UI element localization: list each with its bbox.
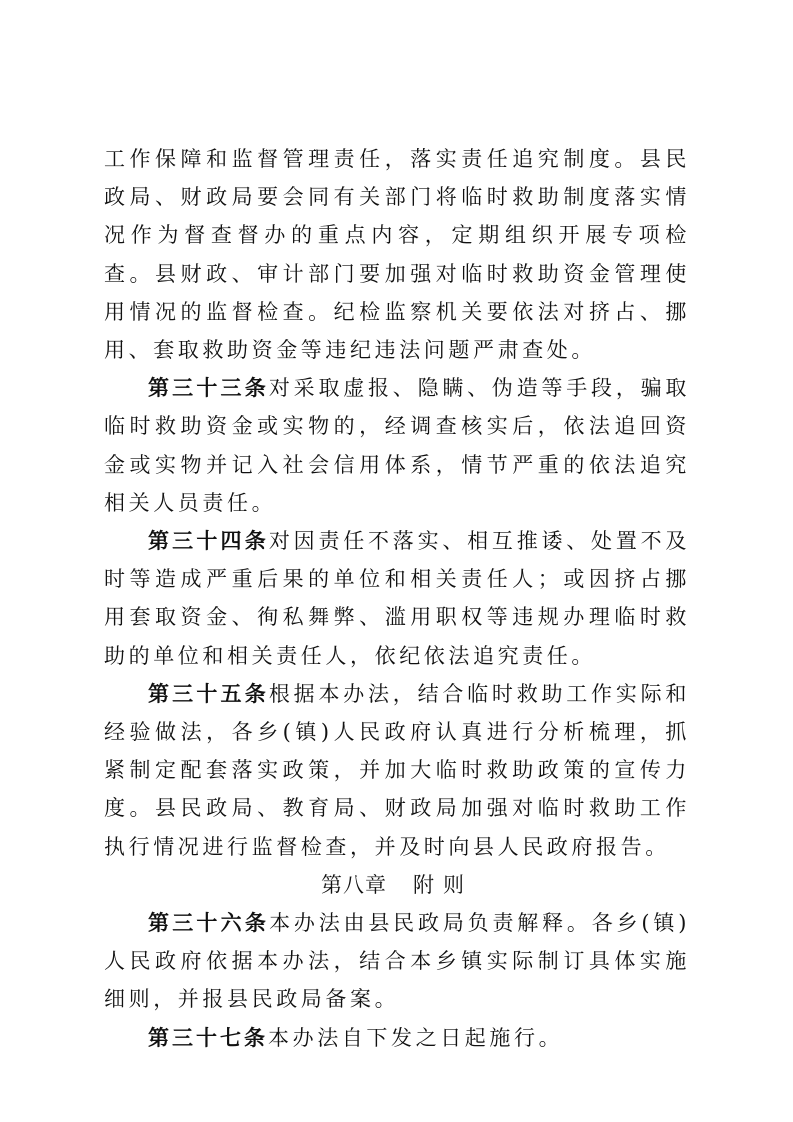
paragraph-article-37: 第三十七条本办法自下发之日起施行。: [104, 1019, 690, 1057]
paragraph-article-34: 第三十四条对因责任不落实、相互推诿、处置不及时等造成严重后果的单位和相关责任人；…: [104, 522, 690, 675]
article-number: 第三十五条: [148, 681, 269, 706]
paragraph-continuation: 工作保障和监督管理责任，落实责任追究制度。县民政局、财政局要会同有关部门将临时救…: [104, 140, 690, 369]
paragraph-article-33: 第三十三条对采取虚报、隐瞒、伪造等手段，骗取临时救助资金或实物的，经调查核实后，…: [104, 369, 690, 522]
paragraph-article-35: 第三十五条根据本办法，结合临时救助工作实际和经验做法，各乡(镇)人民政府认真进行…: [104, 675, 690, 866]
paragraph-article-36: 第三十六条本办法由县民政局负责解释。各乡(镇)人民政府依据本办法，结合本乡镇实际…: [104, 904, 690, 1019]
paragraph-text: 根据本办法，结合临时救助工作实际和经验做法，各乡(镇)人民政府认真进行分析梳理，…: [104, 682, 690, 859]
article-number: 第三十七条: [148, 1025, 268, 1050]
document-page: 工作保障和监督管理责任，落实责任追究制度。县民政局、财政局要会同有关部门将临时救…: [104, 140, 690, 1057]
article-number: 第三十四条: [148, 528, 269, 553]
chapter-title: 附则: [413, 873, 473, 897]
chapter-number: 第八章: [321, 873, 387, 897]
article-number: 第三十六条: [148, 910, 269, 935]
paragraph-text: 本办法自下发之日起施行。: [268, 1026, 563, 1050]
chapter-heading: 第八章附则: [104, 866, 690, 904]
article-number: 第三十三条: [148, 375, 269, 400]
paragraph-text: 工作保障和监督管理责任，落实责任追究制度。县民政局、财政局要会同有关部门将临时救…: [104, 147, 690, 362]
